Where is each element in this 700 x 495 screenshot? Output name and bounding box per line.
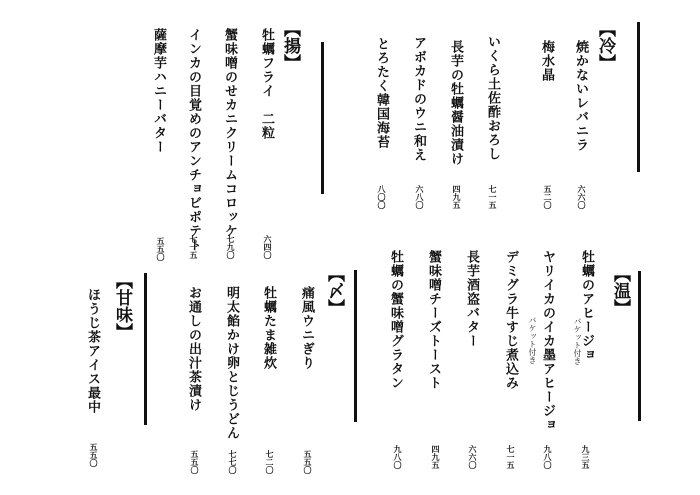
menu-item-price: 五五〇 (89, 443, 98, 467)
menu-item-name: お通しの出汁茶漬け (186, 286, 200, 412)
section-divider-shime (354, 270, 357, 422)
menu-item-price: 七一五 (506, 445, 515, 469)
menu-item-price: 五五〇 (303, 450, 312, 474)
menu-item-price: 六四〇 (263, 235, 272, 259)
menu-item-price: 四九五 (452, 185, 461, 209)
menu-item-name: アボカドのウニ和え (411, 36, 425, 162)
menu-item-price: 七二〇 (265, 450, 274, 474)
menu-item-price: 七九〇 (226, 235, 235, 259)
menu-item-name: ヤリイカのイカ墨アヒージョ (540, 250, 554, 432)
section-header-fried: 【揚】 (281, 20, 299, 71)
section-header-sweet: 【甘味】 (113, 272, 131, 340)
menu-item-name: 梅水晶 (539, 40, 553, 82)
menu-item-name: 長芋の牡蠣醤油漬け (448, 40, 462, 166)
menu-item-price: 五二〇 (543, 185, 552, 209)
menu-item-name: 焼かないレバニラ (573, 40, 587, 152)
menu-item-name: インカの目覚めのアンチョビポテト (186, 28, 200, 252)
menu-item-price: 九八〇 (393, 445, 402, 469)
menu-item-name: 牡蠣たま雑炊 (261, 286, 275, 370)
section-divider-cold (637, 22, 640, 172)
menu-item-price: 七一五 (189, 235, 198, 259)
menu-item-price: 六六〇 (577, 185, 586, 209)
menu-item-price: 七七〇 (228, 450, 237, 474)
menu-item-price: 四九五 (431, 445, 440, 469)
menu-item-name: 明太餡かけ卵とじうどん (224, 286, 238, 440)
menu-item-price: 五五〇 (156, 237, 165, 261)
section-header-cold: 【冷】 (596, 20, 614, 71)
menu-item-price: 八〇〇 (377, 185, 386, 209)
section-header-shime: 【〆】 (325, 265, 343, 316)
menu-item-name: とろたく韓国海苔 (374, 37, 388, 149)
menu-item-price: 六六〇 (468, 445, 477, 469)
menu-item-name: 牡蠣フライ 二粒 (259, 28, 273, 140)
menu-item-name: 蟹味噌チーズトースト (426, 250, 440, 390)
menu-item-name: いくら土佐酢おろし (485, 35, 499, 161)
menu-item-note: バケット付き (573, 317, 582, 365)
menu-item-price: 六八〇 (415, 185, 424, 209)
section-divider-warm (638, 271, 641, 421)
menu-item-price: 九三五 (581, 445, 590, 469)
menu-item-price: 九八〇 (543, 445, 552, 469)
menu-item-name: 牡蠣の蟹味噌グラタン (388, 250, 402, 390)
menu-item-name: ほうじ茶アイス最中 (85, 288, 99, 414)
menu-item-name: 蟹味噌のせカニクリームコロッケ (222, 28, 236, 238)
section-divider-sweet (144, 273, 147, 425)
section-divider-fried (321, 42, 324, 194)
menu-item-name: 痛風ウニぎり (299, 286, 313, 370)
section-header-warm: 【温】 (611, 265, 629, 316)
menu-item-name: 薩摩芋ハニーバター (151, 28, 165, 154)
menu-item-price: 五五〇 (190, 450, 199, 474)
menu-item-note: バケット付き (528, 316, 537, 364)
menu-item-name: デミグラ牛すじ煮込み (503, 250, 517, 390)
menu-item-price: 七一五 (488, 185, 497, 209)
menu-item-name: 長芋酒盗バター (464, 250, 478, 348)
